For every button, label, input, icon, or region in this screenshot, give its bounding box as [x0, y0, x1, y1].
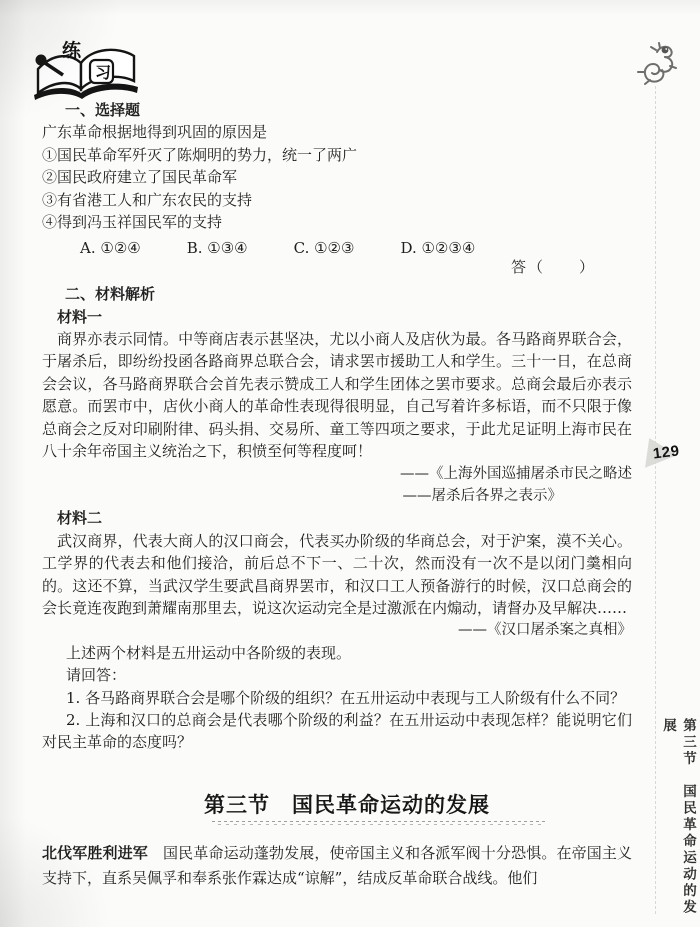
- material-question-2: 2. 上海和汉口的总商会是代表哪个阶级的利益？在五卅运动中表现怎样？能说明它们对…: [42, 709, 632, 754]
- mc-question: 广东革命根据地得到巩固的原因是: [42, 121, 632, 143]
- page-number-tab: 129: [645, 437, 695, 475]
- material1-citation-line1: ——《上海外国巡捕屠杀市民之略述: [42, 463, 632, 485]
- textbook-page: 练 习 一、选择题 广东革命根据地得到巩固的原因是 ①国民革命军歼灭了陈炯明的势…: [0, 0, 700, 927]
- choice-a: A. ①②④: [80, 237, 141, 259]
- mc-option-4: ④得到冯玉祥国民军的支持: [42, 211, 632, 233]
- logo-char-left: 练: [62, 39, 82, 62]
- section2-title: 二、材料解析: [65, 283, 632, 305]
- material1-text: 商界亦表示同情。中等商店表示甚坚决，尤以小商人及店伙为最。各马路商界联合会，于屠…: [42, 328, 632, 462]
- section1-title: 一、选择题: [65, 99, 632, 121]
- page-margin-line: [655, 86, 656, 914]
- choice-c: C. ①②③: [294, 237, 355, 259]
- page-number: 129: [652, 442, 680, 462]
- material2-label: 材料二: [57, 507, 632, 529]
- material1-citation-line2: ——屠杀后各界之表示》: [42, 485, 632, 507]
- heading-underline: [212, 821, 547, 826]
- choice-b: B. ①③④: [187, 237, 248, 259]
- material2-text: 武汉商界，代表大商人的汉口商会，代表买办阶级的华商总会，对于沪案，漠不关心。工学…: [42, 530, 632, 620]
- mc-option-3: ③有省港工人和广东农民的支持: [42, 189, 632, 211]
- dragon-icon: [630, 40, 680, 90]
- mc-option-2: ②国民政府建立了国民革命军: [42, 166, 632, 188]
- practice-book-icon: 练 习: [28, 36, 146, 104]
- page-content: 一、选择题 广东革命根据地得到巩固的原因是 ①国民革命军歼灭了陈炯明的势力，统一…: [0, 0, 700, 891]
- paragraph-lead: 北伐军胜利进军: [42, 844, 148, 862]
- material2-citation: ——《汉口屠杀案之真相》: [42, 619, 632, 641]
- material-question-1: 1. 各马路商界联合会是哪个阶级的组织？在五卅运动中表现与工人阶级有什么不同？: [42, 687, 632, 709]
- answer-prompt-label: 请回答：: [42, 664, 632, 686]
- choice-d: D. ①②③④: [400, 237, 475, 259]
- mc-option-1: ①国民革命军歼灭了陈炯明的势力，统一了两广: [42, 144, 632, 166]
- logo-char-right: 习: [95, 63, 111, 82]
- material1-label: 材料一: [57, 306, 632, 328]
- section3-paragraph: 北伐军胜利进军 国民革命运动蓬勃发展，使帝国主义和各派军阀十分恐惧。在帝国主义支…: [42, 841, 632, 891]
- section3-heading: 第三节 国民革命运动的发展: [62, 792, 632, 818]
- side-chapter-title: 第三节 国民革命运动的发展: [658, 718, 698, 918]
- materials-summary: 上述两个材料是五卅运动中各阶级的表现。: [42, 642, 632, 664]
